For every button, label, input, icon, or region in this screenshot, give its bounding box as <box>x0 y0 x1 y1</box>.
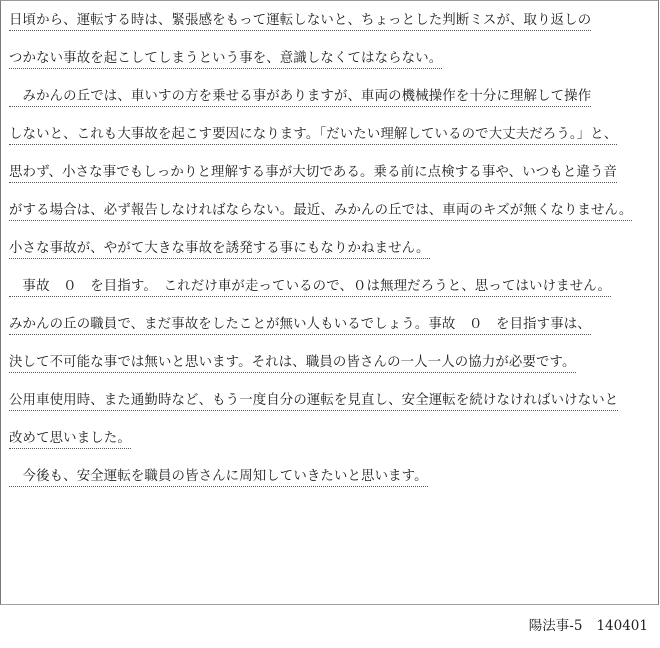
document-body: 日頃から、運転する時は、緊張感をもって運転しないと、ちょっとした判断ミスが、取り… <box>9 9 654 503</box>
document-footer: 陽法事-5140401 <box>529 614 648 634</box>
text-line: 思わず、小さな事でもしっかりと理解する事が大切である。乗る前に点検する事や、いつ… <box>9 161 654 199</box>
text-line: 日頃から、運転する時は、緊張感をもって運転しないと、ちょっとした判断ミスが、取り… <box>9 9 654 47</box>
text-line: がする場合は、必ず報告しなければならない。最近、みかんの丘では、車両のキズが無く… <box>9 199 654 237</box>
line-text: 今後も、安全運転を職員の皆さんに周知していきたいと思います。 <box>9 468 428 487</box>
text-line: 決して不可能な事では無いと思います。それは、職員の皆さんの一人一人の協力が必要で… <box>9 351 654 389</box>
line-text: 思わず、小さな事でもしっかりと理解する事が大切である。乗る前に点検する事や、いつ… <box>9 164 617 183</box>
line-text: 公用車使用時、また通勤時など、もう一度自分の運転を見直し、安全運転を続けなければ… <box>9 392 618 411</box>
line-text: 小さな事故が、やがて大きな事故を誘発する事にもなりかねません。 <box>9 240 430 259</box>
text-line: 今後も、安全運転を職員の皆さんに周知していきたいと思います。 <box>9 465 654 503</box>
text-line: しないと、これも大事故を起こす要因になります。「だいたい理解しているので大丈夫だ… <box>9 123 654 161</box>
line-text: しないと、これも大事故を起こす要因になります。「だいたい理解しているので大丈夫だ… <box>9 126 617 145</box>
text-line: 小さな事故が、やがて大きな事故を誘発する事にもなりかねません。 <box>9 237 654 275</box>
text-line: みかんの丘の職員で、まだ事故をしたことが無い人もいるでしょう。事故 ０ を目指す… <box>9 313 654 351</box>
line-text: 日頃から、運転する時は、緊張感をもって運転しないと、ちょっとした判断ミスが、取り… <box>9 12 591 31</box>
line-text: 改めて思いました。 <box>9 430 131 449</box>
line-text: 決して不可能な事では無いと思います。それは、職員の皆さんの一人一人の協力が必要で… <box>9 354 576 373</box>
text-line: つかない事故を起こしてしまうという事を、意識しなくてはならない。 <box>9 47 654 85</box>
line-text: みかんの丘の職員で、まだ事故をしたことが無い人もいるでしょう。事故 ０ を目指す… <box>9 316 591 335</box>
document-frame: 日頃から、運転する時は、緊張感をもって運転しないと、ちょっとした判断ミスが、取り… <box>0 0 659 605</box>
line-text: つかない事故を起こしてしまうという事を、意識しなくてはならない。 <box>9 50 442 69</box>
text-line: 公用車使用時、また通勤時など、もう一度自分の運転を見直し、安全運転を続けなければ… <box>9 389 654 427</box>
line-text: みかんの丘では、車いすの方を乗せる事がありますが、車両の機械操作を十分に理解して… <box>9 88 591 107</box>
text-line: みかんの丘では、車いすの方を乗せる事がありますが、車両の機械操作を十分に理解して… <box>9 85 654 123</box>
doc-code: 陽法事-5 <box>529 618 583 634</box>
text-line: 改めて思いました。 <box>9 427 654 465</box>
date-code: 140401 <box>596 618 648 634</box>
line-text: がする場合は、必ず報告しなければならない。最近、みかんの丘では、車両のキズが無く… <box>9 202 632 221</box>
line-text: 事故 ０ を目指す。 これだけ車が走っているので、０は無理だろうと、思ってはいけ… <box>9 278 611 297</box>
text-line: 事故 ０ を目指す。 これだけ車が走っているので、０は無理だろうと、思ってはいけ… <box>9 275 654 313</box>
